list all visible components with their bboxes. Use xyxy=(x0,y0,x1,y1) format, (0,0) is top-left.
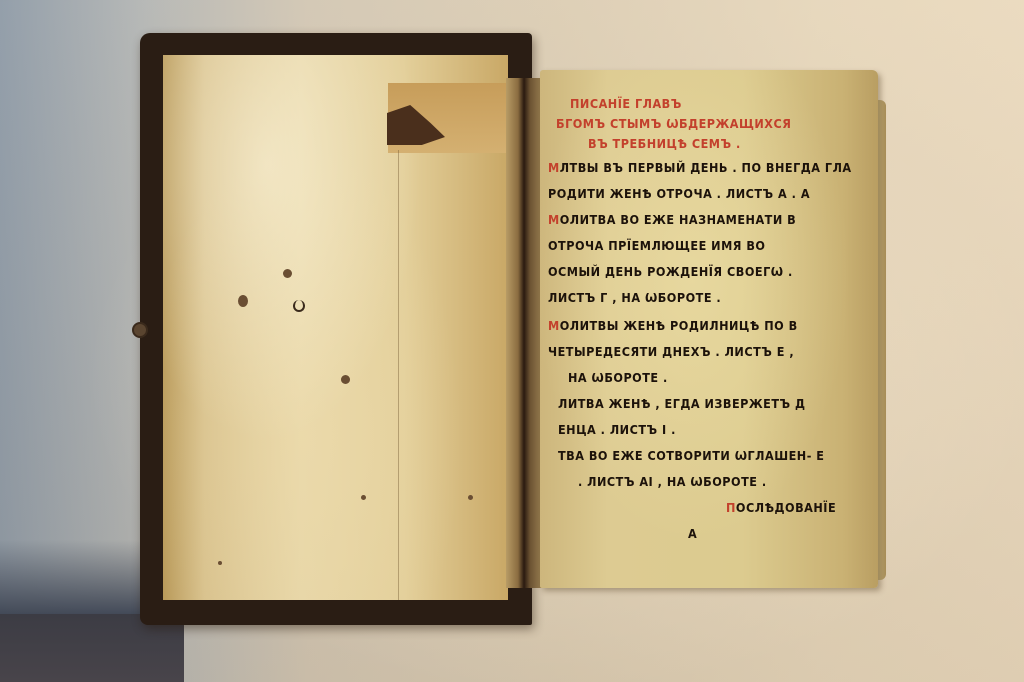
text-line: енца . листъ і . xyxy=(558,422,676,437)
spot xyxy=(293,300,305,312)
heading-line-2: Бгомъ стымъ ѡбдержащихся xyxy=(556,116,791,131)
crease xyxy=(398,150,399,600)
text-line-final: Послѣдованїе xyxy=(726,500,836,515)
spot xyxy=(361,495,366,500)
text-line: литва женѣ , егда извержетъ д xyxy=(558,396,806,411)
text-line: тва во еже сотворити ѡглашен- е xyxy=(558,448,824,463)
spot xyxy=(468,495,473,500)
corner-shadow xyxy=(0,540,142,614)
spot xyxy=(218,561,222,565)
text-line: . листъ аі , на ѡбороте . xyxy=(578,474,767,489)
text-line: Млтвы въ первый день . по внегда гла xyxy=(548,160,852,175)
catchword: а xyxy=(688,526,697,541)
left-endpaper xyxy=(163,55,508,600)
red-initial: М xyxy=(548,160,560,175)
heading-line-3: въ требницѣ семъ . xyxy=(588,136,741,151)
text-line: четыредесяти днехъ . листъ е , xyxy=(548,344,794,359)
text-line: родити женѣ отроча . листъ а . а xyxy=(548,186,810,201)
spot xyxy=(341,375,350,384)
spot xyxy=(283,269,292,278)
text-line: осмый день рожденїя своегѡ . xyxy=(548,264,793,279)
heading-line-1: писанїе главъ xyxy=(570,96,682,111)
red-initial: П xyxy=(726,500,736,515)
red-initial: М xyxy=(548,318,560,333)
text-line: Молитвы женѣ родилницѣ по в xyxy=(548,318,798,333)
text-line: листъ г , на ѡбороте . xyxy=(548,290,721,305)
red-initial: М xyxy=(548,212,560,227)
text-line: на ѡбороте . xyxy=(568,370,668,385)
text-line: Молитва во еже назнаменати в xyxy=(548,212,796,227)
text-line: отроча прїемлющее имя во xyxy=(548,238,765,253)
clasp-icon xyxy=(132,322,148,338)
spot xyxy=(238,295,248,307)
